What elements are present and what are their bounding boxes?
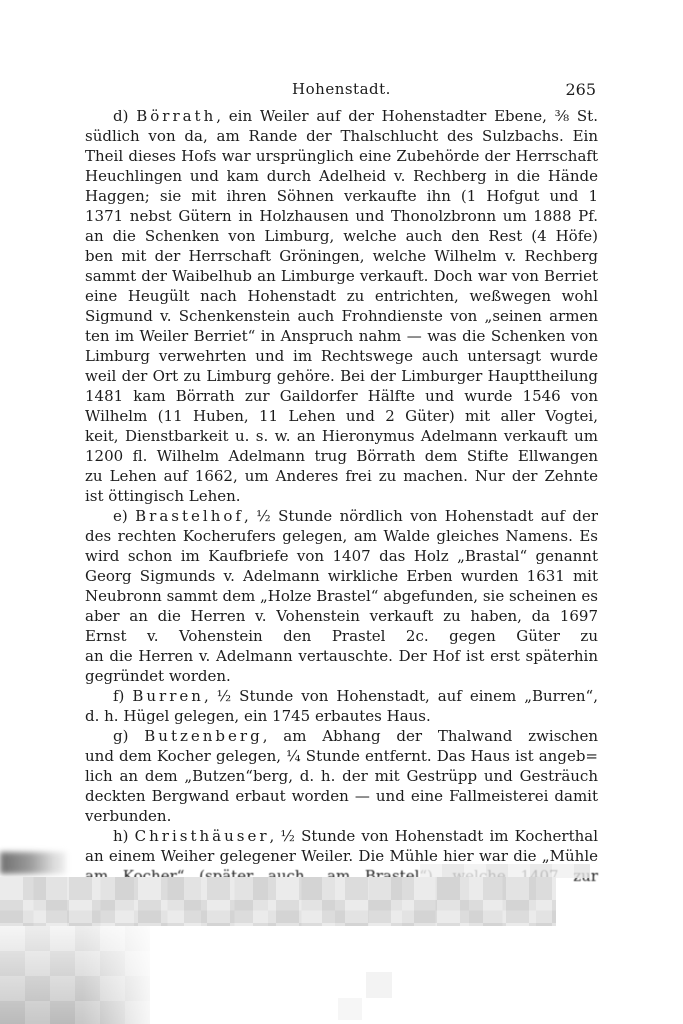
- text-line: 1200 fl. Wilhelm Adelmann trug Börrath d…: [85, 446, 598, 466]
- text-line: 1371 nebst Gütern in Holzhausen und Thon…: [85, 206, 598, 226]
- text-line: ten im Weiler Berriet“ in Anspruch nahm …: [85, 326, 598, 346]
- text-line: sammt der Waibelhub an Limburge verkauft…: [85, 266, 598, 286]
- text-line: f) Burren, ½ Stunde von Hohenstadt, auf …: [85, 686, 598, 706]
- text-line: e) Brastelhof, ½ Stunde nördlich von Hoh…: [85, 506, 598, 526]
- text-block: d) Börrath, ein Weiler auf der Hohenstad…: [85, 106, 598, 886]
- pixelated-blur-patch: [366, 972, 392, 998]
- text-line: verbunden.: [85, 806, 598, 826]
- text-line: deckten Bergwand erbaut worden — und ein…: [85, 786, 598, 806]
- scan-smudge: [0, 852, 66, 874]
- text-line: Georg Sigmunds v. Adelmann wirkliche Erb…: [85, 566, 598, 586]
- text-line: Theil dieses Hofs war ursprünglich eine …: [85, 146, 598, 166]
- paragraph-f: f) Burren, ½ Stunde von Hohenstadt, auf …: [85, 686, 598, 726]
- text-line: weil der Ort zu Limburg gehöre. Bei der …: [85, 366, 598, 386]
- spaced-place-name: Butzenberg: [144, 727, 262, 745]
- pixelated-blur-patch: [0, 877, 556, 926]
- text-line: Sigmund v. Schenkenstein auch Frohndiens…: [85, 306, 598, 326]
- text-line: eine Heugült nach Hohenstadt zu entricht…: [85, 286, 598, 306]
- text-line: Neubronn sammt dem „Holze Brastel“ abgef…: [85, 586, 598, 606]
- text-line: Limburg verwehrten und im Rechtswege auc…: [85, 346, 598, 366]
- text-line: 1481 kam Börrath zur Gaildorfer Hälfte u…: [85, 386, 598, 406]
- text-line: wird schon im Kaufbriefe von 1407 das Ho…: [85, 546, 598, 566]
- text-line: an die Herren v. Adelmann vertauschte. D…: [85, 646, 598, 666]
- text-line: und dem Kocher gelegen, ¼ Stunde entfern…: [85, 746, 598, 766]
- running-title: Hohenstadt.: [85, 80, 598, 98]
- text-line: südlich von da, am Rande der Thalschluch…: [85, 126, 598, 146]
- text-line: zu Lehen auf 1662, um Anderes frei zu ma…: [85, 466, 598, 486]
- text-line: aber an die Herren v. Vohenstein verkauf…: [85, 606, 598, 626]
- text-line: ben mit der Herrschaft Gröningen, welche…: [85, 246, 598, 266]
- scanned-book-page: Hohenstadt. 265 d) Börrath, ein Weiler a…: [0, 0, 683, 1024]
- spaced-place-name: Burren: [132, 687, 204, 705]
- spaced-place-name: Brastelhof: [135, 507, 244, 525]
- pixelated-blur-patch: [0, 926, 150, 1024]
- text-line: keit, Dienstbarkeit u. s. w. an Hieronym…: [85, 426, 598, 446]
- text-line: des rechten Kocherufers gelegen, am Wald…: [85, 526, 598, 546]
- paragraph-e: e) Brastelhof, ½ Stunde nördlich von Hoh…: [85, 506, 598, 686]
- paragraph-d: d) Börrath, ein Weiler auf der Hohenstad…: [85, 106, 598, 506]
- text-line: h) Christhäuser, ½ Stunde von Hohenstadt…: [85, 826, 598, 846]
- text-line: g) Butzenberg, am Abhang der Thalwand zw…: [85, 726, 598, 746]
- pixelated-blur-patch: [420, 864, 590, 878]
- text-line: d) Börrath, ein Weiler auf der Hohenstad…: [85, 106, 598, 126]
- text-line: Heuchlingen und kam durch Adelheid v. Re…: [85, 166, 598, 186]
- text-line: lich an dem „Butzen“berg, d. h. der mit …: [85, 766, 598, 786]
- text-line: gegründet worden.: [85, 666, 598, 686]
- text-line: Haggen; sie mit ihren Söhnen verkaufte i…: [85, 186, 598, 206]
- text-line: Ernst v. Vohenstein den Prastel 2c. gege…: [85, 626, 598, 646]
- spaced-place-name: Börrath: [136, 107, 216, 125]
- text-line: an einem Weiher gelegener Weiler. Die Mü…: [85, 846, 598, 866]
- text-line: an die Schenken von Limburg, welche auch…: [85, 226, 598, 246]
- spaced-place-name: Christhäuser: [135, 827, 270, 845]
- text-line: ist öttingisch Lehen.: [85, 486, 598, 506]
- text-line: Wilhelm (11 Huben, 11 Lehen und 2 Güter)…: [85, 406, 598, 426]
- page-number: 265: [565, 80, 596, 99]
- page-header: Hohenstadt. 265: [85, 80, 598, 102]
- paragraph-g: g) Butzenberg, am Abhang der Thalwand zw…: [85, 726, 598, 826]
- pixelated-blur-patch: [338, 998, 362, 1020]
- text-line: d. h. Hügel gelegen, ein 1745 erbautes H…: [85, 706, 598, 726]
